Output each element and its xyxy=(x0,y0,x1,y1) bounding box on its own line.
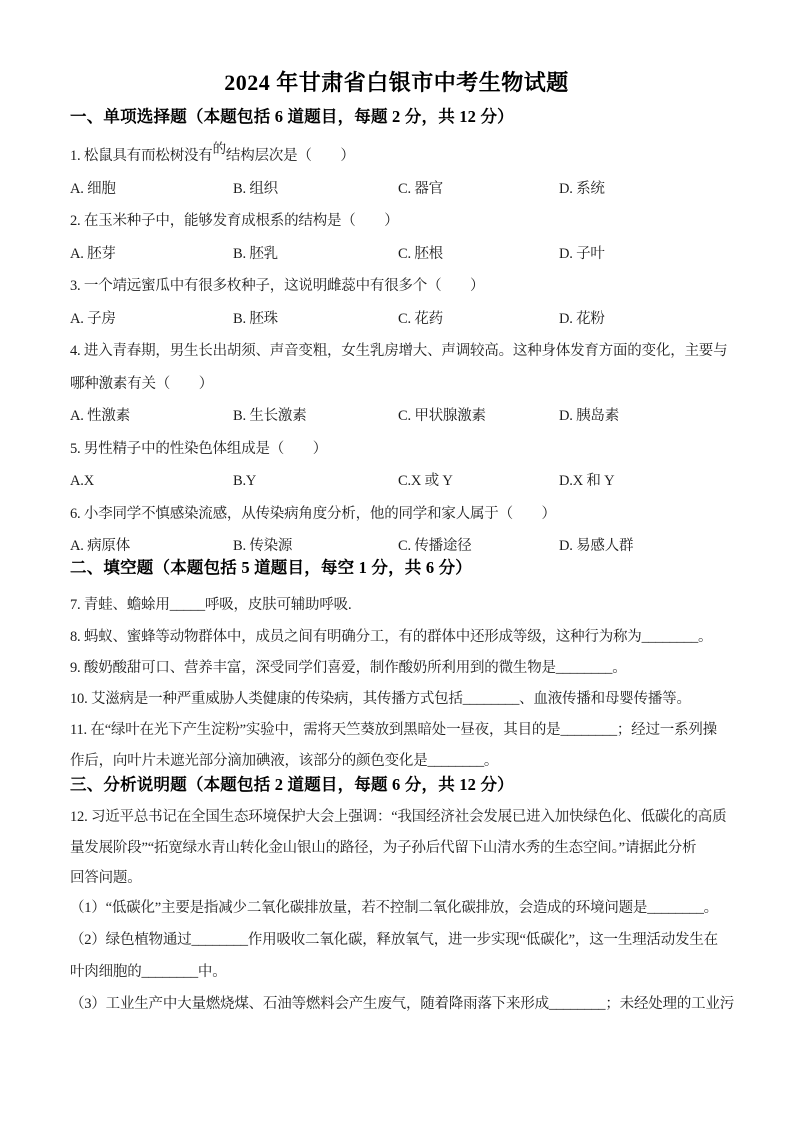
question-8: 8. 蚂蚁、蜜蜂等动物群体中，成员之间有明确分工，有的群体中还形成等级，这种行为… xyxy=(70,627,730,647)
option-d: D. 胰岛素 xyxy=(559,406,619,426)
question-11-line-2: 作后，向叶片未遮光部分滴加碘液，该部分的颜色变化是________。 xyxy=(70,751,730,771)
question-1: 1. 松鼠具有而松树没有的结构层次是（ ） xyxy=(70,146,730,166)
option-c: C. 花药 xyxy=(398,309,559,329)
option-c: C. 传播途径 xyxy=(398,536,559,556)
option-a: A.X xyxy=(70,471,233,491)
option-b: B. 组织 xyxy=(233,179,398,199)
question-2-options: A. 胚芽 B. 胚乳 C. 胚根 D. 子叶 xyxy=(70,244,730,264)
question-5-options: A.X B.Y C.X 或 Y D.X 和 Y xyxy=(70,471,730,491)
option-a: A. 性激素 xyxy=(70,406,233,426)
question-12-line-2: 量发展阶段”“拓宽绿水青山转化金山银山的路径，为子孙后代留下山清水秀的生态空间。… xyxy=(70,838,730,858)
option-a: A. 病原体 xyxy=(70,536,233,556)
question-7: 7. 青蛙、蟾蜍用_____呼吸，皮肤可辅助呼吸. xyxy=(70,595,730,615)
question-9: 9. 酸奶酸甜可口、营养丰富，深受同学们喜爱，制作酸奶所利用到的微生物是____… xyxy=(70,658,730,678)
option-b: B.Y xyxy=(233,471,398,491)
option-c: C. 甲状腺激素 xyxy=(398,406,559,426)
question-12-line-3: 回答问题。 xyxy=(70,868,730,888)
option-b: B. 胚珠 xyxy=(233,309,398,329)
question-3-options: A. 子房 B. 胚珠 C. 花药 D. 花粉 xyxy=(70,309,730,329)
question-1-text-post: 结构层次是（ ） xyxy=(226,148,355,164)
option-d: D. 易感人群 xyxy=(559,536,633,556)
option-b: B. 生长激素 xyxy=(233,406,398,426)
question-6: 6. 小李同学不慎感染流感，从传染病角度分析，他的同学和家人属于（ ） xyxy=(70,504,730,524)
option-c: C. 胚根 xyxy=(398,244,559,264)
question-4-line-1: 4. 进入青春期，男生长出胡须、声音变粗，女生乳房增大、声调较高。这种身体发育方… xyxy=(70,341,730,361)
option-c: C. 器官 xyxy=(398,179,559,199)
question-3: 3. 一个靖远蜜瓜中有很多枚种子，这说明雌蕊中有很多个（ ） xyxy=(70,276,730,296)
section-3-heading: 三、分析说明题（本题包括 2 道题目，每题 6 分，共 12 分） xyxy=(70,775,730,795)
option-c: C.X 或 Y xyxy=(398,471,559,491)
exam-paper-page: 2024 年甘肃省白银市中考生物试题 一、单项选择题（本题包括 6 道题目，每题… xyxy=(0,0,793,1122)
question-5: 5. 男性精子中的性染色体组成是（ ） xyxy=(70,439,730,459)
question-12-item-1: （1）“低碳化”主要是指减少二氧化碳排放量，若不控制二氧化碳排放，会造成的环境问… xyxy=(70,898,730,918)
option-d: D. 系统 xyxy=(559,179,605,199)
question-12-item-2-line-2: 叶肉细胞的________中。 xyxy=(70,962,730,982)
option-d: D. 子叶 xyxy=(559,244,605,264)
question-2: 2. 在玉米种子中，能够发育成根系的结构是（ ） xyxy=(70,211,730,231)
question-12-item-3: （3）工业生产中大量燃烧煤、石油等燃料会产生废气，随着降雨落下来形成______… xyxy=(70,994,730,1014)
exam-title: 2024 年甘肃省白银市中考生物试题 xyxy=(0,66,793,97)
question-10: 10. 艾滋病是一种严重威胁人类健康的传染病，其传播方式包括________、血… xyxy=(70,689,730,709)
option-b: B. 胚乳 xyxy=(233,244,398,264)
section-1-heading: 一、单项选择题（本题包括 6 道题目，每题 2 分，共 12 分） xyxy=(70,107,730,127)
option-a: A. 胚芽 xyxy=(70,244,233,264)
question-12-line-1: 12. 习近平总书记在全国生态环境保护大会上强调：“我国经济社会发展已进入加快绿… xyxy=(70,807,730,827)
option-a: A. 子房 xyxy=(70,309,233,329)
option-d: D.X 和 Y xyxy=(559,471,614,491)
option-a: A. 细胞 xyxy=(70,179,233,199)
option-d: D. 花粉 xyxy=(559,309,605,329)
question-1-text-pre: 1. 松鼠具有而松树没有 xyxy=(70,148,213,164)
question-4-line-2: 哪种激素有关（ ） xyxy=(70,374,730,394)
question-11-line-1: 11. 在“绿叶在光下产生淀粉”实验中，需将天竺葵放到黑暗处一昼夜，其目的是__… xyxy=(70,720,730,740)
option-b: B. 传染源 xyxy=(233,536,398,556)
question-12-item-2-line-1: （2）绿色植物通过________作用吸收二氧化碳，释放氧气，进一步实现“低碳化… xyxy=(70,930,730,950)
question-1-superscript: 的 xyxy=(213,139,226,159)
question-6-options: A. 病原体 B. 传染源 C. 传播途径 D. 易感人群 xyxy=(70,536,730,556)
section-2-heading: 二、填空题（本题包括 5 道题目，每空 1 分，共 6 分） xyxy=(70,558,730,578)
question-4-options: A. 性激素 B. 生长激素 C. 甲状腺激素 D. 胰岛素 xyxy=(70,406,730,426)
question-1-options: A. 细胞 B. 组织 C. 器官 D. 系统 xyxy=(70,179,730,199)
